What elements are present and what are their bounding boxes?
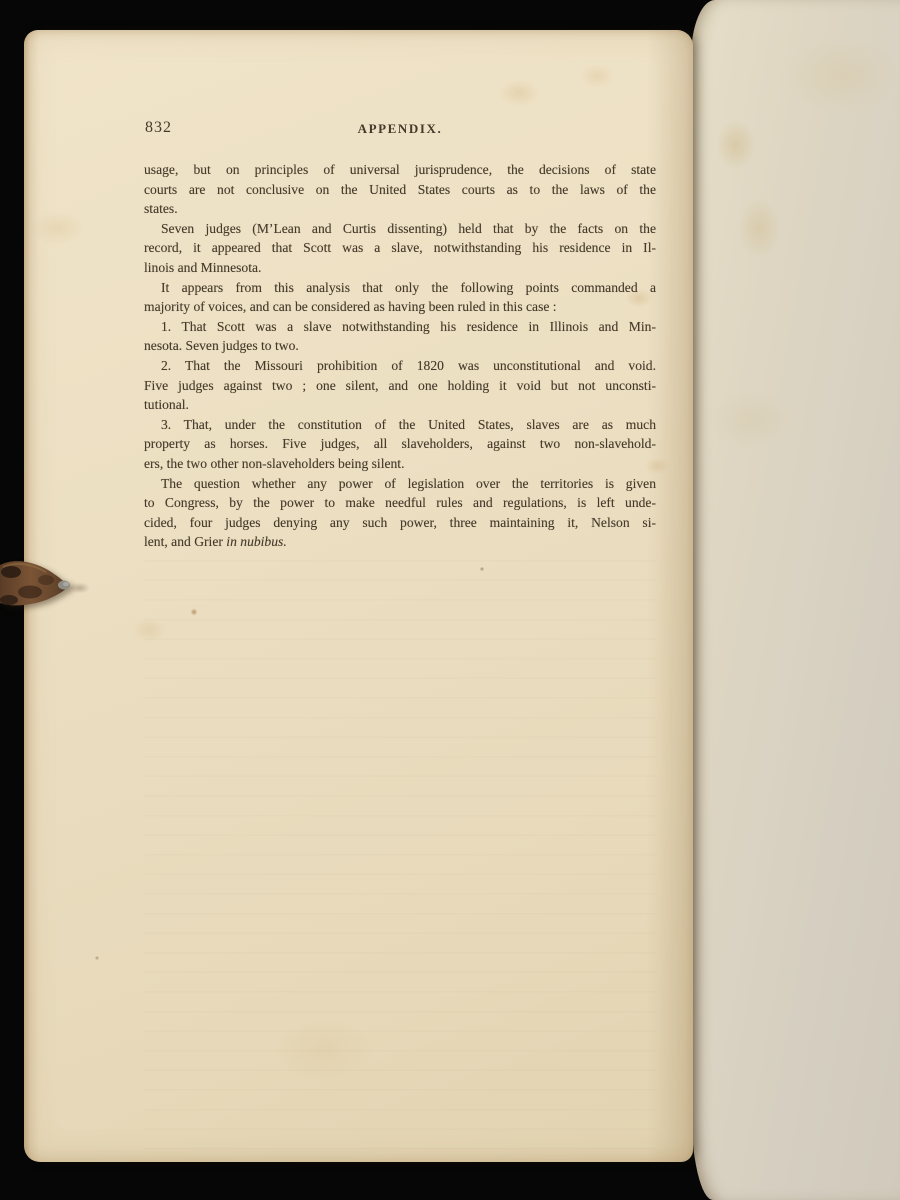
running-header: APPENDIX.: [144, 118, 656, 137]
text-line: The question whether any power of legisl…: [144, 474, 656, 494]
text-line: ers, the two other non-slaveholders bein…: [144, 454, 656, 474]
text-line: linois and Minnesota.: [144, 258, 656, 278]
text-block: usage, but on principles of universal ju…: [144, 160, 656, 552]
text-line: cided, four judges denying any such powe…: [144, 513, 656, 533]
text-line: Seven judges (M’Lean and Curtis dissenti…: [144, 219, 656, 239]
facing-page-edge: [691, 0, 900, 1200]
text-line: courts are not conclusive on the United …: [144, 180, 656, 200]
text-line: record, it appeared that Scott was a sla…: [144, 238, 656, 258]
text-line: 1. That Scott was a slave notwithstandin…: [144, 317, 656, 337]
showthrough-texture: [144, 560, 656, 1150]
text-line: 3. That, under the constitution of the U…: [144, 415, 656, 435]
text-line: usage, but on principles of universal ju…: [144, 160, 656, 180]
text-line: It appears from this analysis that only …: [144, 278, 656, 298]
text-line: majority of voices, and can be considere…: [144, 297, 656, 317]
text-line: Five judges against two ; one silent, an…: [144, 376, 656, 396]
text-line: property as horses. Five judges, all sla…: [144, 434, 656, 454]
text-line: lent, and Grier in nubibus.: [144, 532, 656, 552]
page-number: 832: [145, 119, 172, 137]
book-photo: 832 APPENDIX. usage, but on principles o…: [0, 0, 900, 1200]
text-line: states.: [144, 199, 656, 219]
page-header: 832 APPENDIX.: [144, 118, 656, 140]
text-line: nesota. Seven judges to two.: [144, 336, 656, 356]
text-line: 2. That the Missouri prohibition of 1820…: [144, 356, 656, 376]
text-line: to Congress, by the power to make needfu…: [144, 493, 656, 513]
book-clasp: [0, 556, 74, 610]
text-line: tutional.: [144, 395, 656, 415]
book-page: 832 APPENDIX. usage, but on principles o…: [24, 30, 693, 1162]
